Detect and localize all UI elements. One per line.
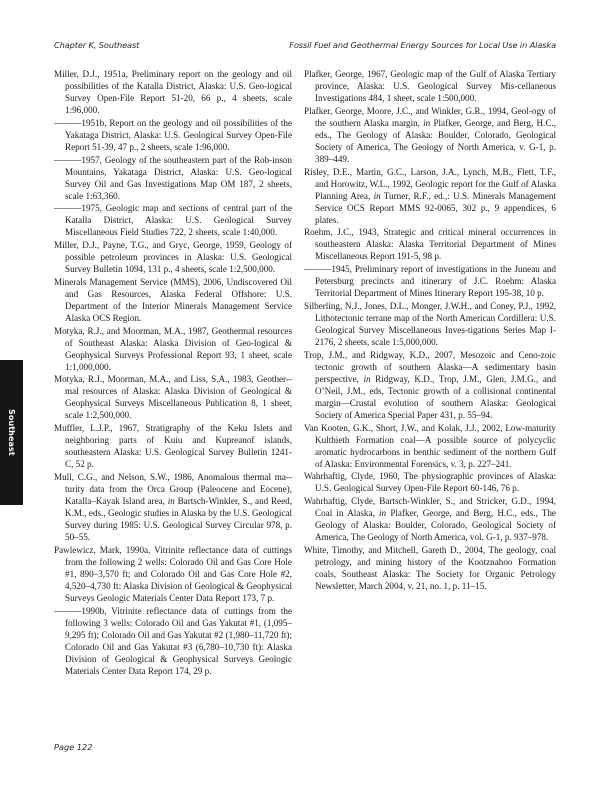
- reference-entry: Motyka, R.J., Moorman, M.A., and Liss, S…: [54, 373, 292, 421]
- reference-italic: in: [168, 496, 175, 506]
- running-head-title: Fossil Fuel and Geothermal Energy Source…: [270, 40, 556, 50]
- page-number: Page 122: [54, 742, 92, 752]
- reference-entry: Plafker, George, 1967, Geologic map of t…: [304, 68, 556, 104]
- section-thumb-tab: Southeast: [0, 360, 23, 505]
- section-thumb-label: Southeast: [7, 409, 16, 456]
- references-right-column: Plafker, George, 1967, Geologic map of t…: [304, 68, 556, 593]
- reference-entry: Van Kooten, G.K., Short, J.W., and Kolak…: [304, 422, 556, 470]
- reference-entry: Risley, D.E., Martin, G.C., Larson, J.A.…: [304, 166, 556, 226]
- reference-entry: Muffler, L.J.P., 1967, Stratigraphy of t…: [54, 422, 292, 470]
- reference-entry: Roehm, J.C., 1943, Strategic and critica…: [304, 226, 556, 262]
- reference-entry: Wahrhaftig, Clyde, 1960, The physiograph…: [304, 470, 556, 494]
- reference-entry: Miller, D.J., 1951a, Preliminary report …: [54, 68, 292, 116]
- reference-entry: Motyka, R.J., and Moorman, M.A., 1987, G…: [54, 325, 292, 373]
- running-head-chapter: Chapter K, Southeast: [54, 40, 139, 50]
- reference-italic: in: [363, 374, 370, 384]
- reference-entry: ———1957, Geology of the southeastern par…: [54, 154, 292, 202]
- reference-entry: ———1990b, Vitrinite reflectance data of …: [54, 605, 292, 677]
- reference-italic: in: [374, 191, 381, 201]
- reference-entry: Trop, J.M., and Ridgway, K.D., 2007, Mes…: [304, 349, 556, 421]
- reference-entry: Silberling, N.J., Jones, D.L., Monger, J…: [304, 300, 556, 348]
- reference-entry: Mull, C.G., and Nelson, S.W., 1986, Anom…: [54, 471, 292, 543]
- reference-entry: Miller, D.J., Payne, T.G., and Gryc, Geo…: [54, 239, 292, 275]
- references-left-column: Miller, D.J., 1951a, Preliminary report …: [54, 68, 292, 677]
- reference-entry: Minerals Management Service (MMS), 2006,…: [54, 276, 292, 324]
- reference-entry: Plafker, George, Moore, J.C., and Winkle…: [304, 105, 556, 165]
- reference-entry: Wahrhaftig, Clyde, Bartsch-Winkler, S., …: [304, 495, 556, 543]
- reference-entry: Pawlewicz, Mark, 1990a, Vitrinite reflec…: [54, 544, 292, 604]
- reference-entry: ———1975, Geologic map and sections of ce…: [54, 202, 292, 238]
- reference-entry: ———1945, Preliminary report of investiga…: [304, 263, 556, 299]
- reference-entry: ———1951b, Report on the geology and oil …: [54, 117, 292, 153]
- reference-entry: White, Timothy, and Mitchell, Gareth D.,…: [304, 544, 556, 592]
